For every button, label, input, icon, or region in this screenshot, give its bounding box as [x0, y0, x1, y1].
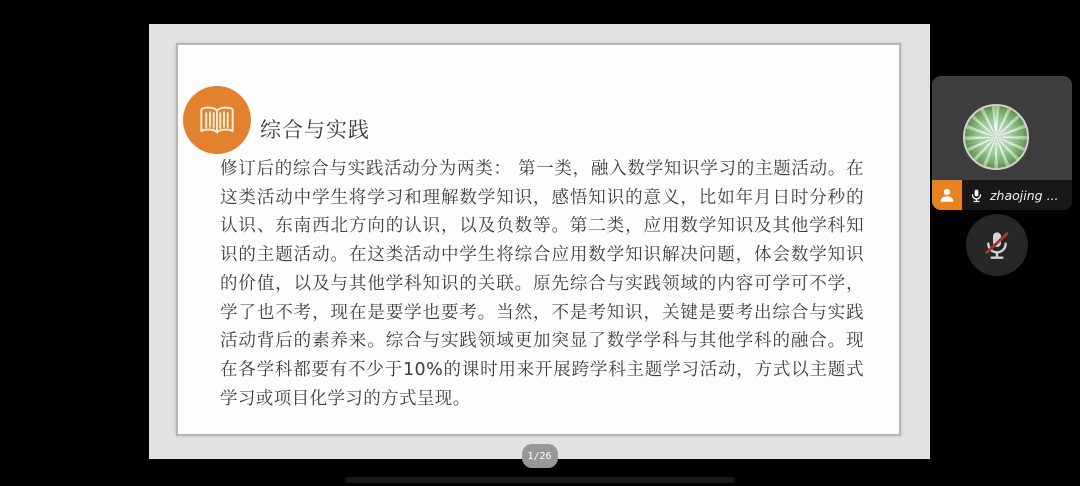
microphone-icon: [969, 188, 984, 203]
page-indicator: 1/26: [522, 444, 558, 468]
participant-video-tile[interactable]: zhaojing ...: [932, 76, 1072, 210]
muted-microphone-icon: [981, 229, 1013, 261]
person-icon: [938, 186, 956, 204]
participant-avatar: [963, 104, 1029, 170]
meeting-window: { "slide": { "title": "综合与实践", "body": "…: [0, 0, 1080, 486]
open-book-icon: [197, 104, 237, 137]
screen-share-area: 综合与实践 修订后的综合与实践活动分为两类： 第一类，融入数学知识学习的主题活动…: [149, 24, 930, 459]
presenter-role-badge: [932, 180, 962, 210]
video-progress-bar[interactable]: [345, 477, 735, 483]
presentation-slide: 综合与实践 修订后的综合与实践活动分为两类： 第一类，融入数学知识学习的主题活动…: [176, 43, 901, 436]
participant-info-bar: zhaojing ...: [932, 180, 1072, 210]
participant-name: zhaojing ...: [990, 188, 1059, 203]
slide-body-text: 修订后的综合与实践活动分为两类： 第一类，融入数学知识学习的主题活动。在这类活动…: [220, 155, 864, 413]
slide-title: 综合与实践: [260, 114, 370, 144]
mute-toggle-button[interactable]: [966, 214, 1028, 276]
slide-accent-badge: [183, 86, 251, 154]
participant-name-strip: zhaojing ...: [962, 180, 1072, 210]
